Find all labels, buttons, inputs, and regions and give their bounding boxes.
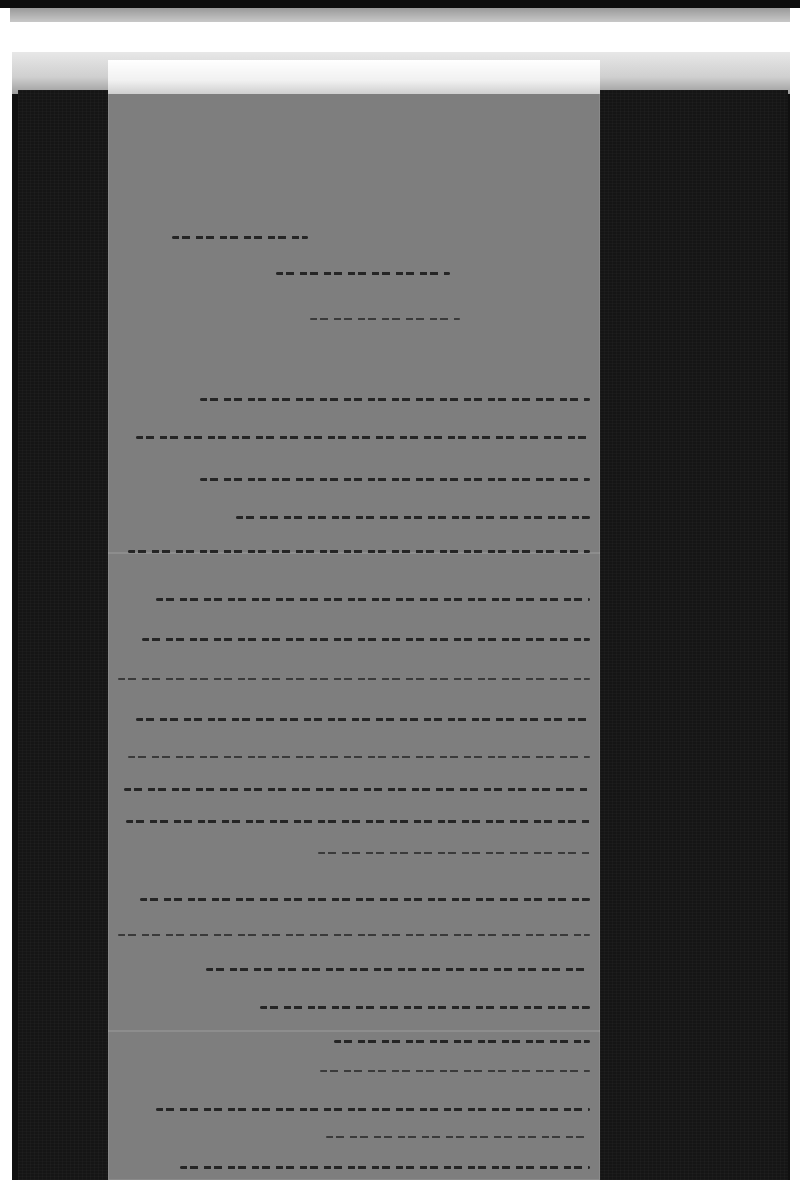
handwritten-line [318, 852, 590, 854]
paper-top-overexposure [108, 60, 600, 94]
handwritten-line [136, 436, 590, 439]
handwritten-line [320, 1070, 590, 1072]
handwritten-line [180, 1166, 590, 1169]
handwritten-line [200, 398, 590, 401]
letter-paper: Handwriting not legible at this resoluti… [108, 92, 600, 1180]
film-top-gray-band [10, 8, 790, 22]
handwritten-line [128, 756, 590, 758]
handwritten-line [142, 638, 590, 641]
handwritten-line [236, 516, 590, 519]
handwritten-line [136, 718, 590, 721]
handwritten-line [310, 318, 460, 320]
handwritten-line [172, 236, 308, 239]
handwritten-line [156, 598, 590, 601]
handwritten-line [126, 820, 590, 823]
handwritten-line [326, 1136, 590, 1138]
handwritten-line [140, 898, 590, 901]
handwritten-line [334, 1040, 590, 1043]
handwritten-line [206, 968, 590, 971]
handwritten-line [118, 678, 590, 680]
handwritten-line [156, 1108, 590, 1111]
handwritten-line [200, 478, 590, 481]
dark-backing-left [18, 90, 108, 1180]
paper-fold-line [108, 1030, 600, 1032]
handwritten-line [276, 272, 450, 275]
handwritten-line [124, 788, 590, 791]
film-top-edge [0, 0, 800, 8]
handwritten-line [260, 1006, 590, 1009]
handwritten-line [118, 934, 590, 936]
dark-backing-right [600, 90, 788, 1180]
handwritten-line [128, 550, 590, 553]
